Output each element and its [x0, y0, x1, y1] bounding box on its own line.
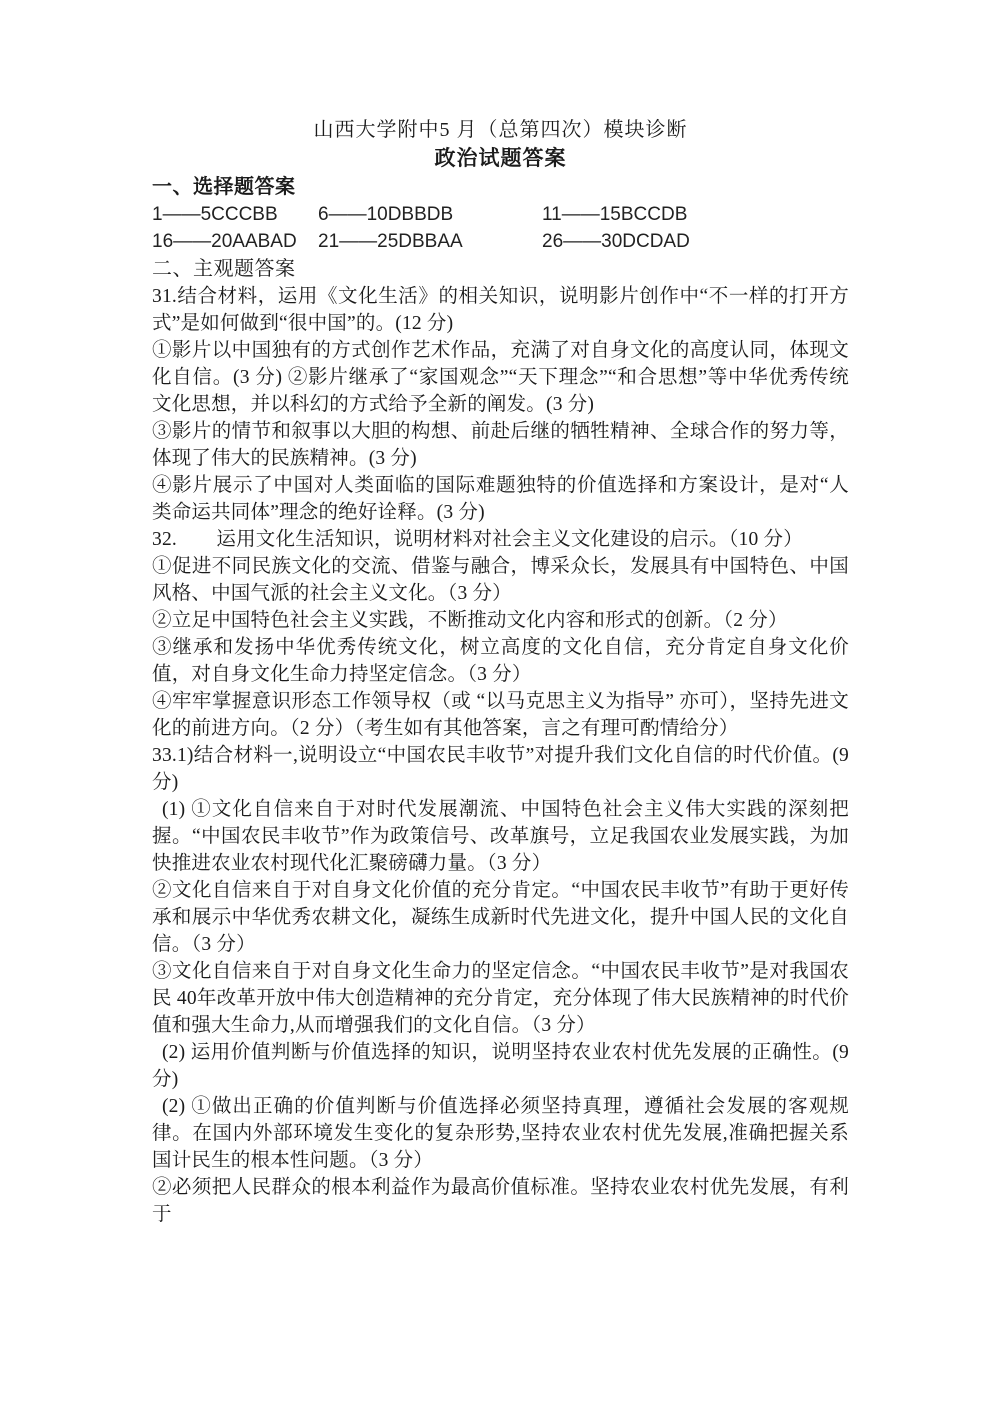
choice-answers-6-10: 6——10DBBDB — [318, 201, 542, 228]
choice-answers-21-25: 21——25DBBAA — [318, 228, 542, 255]
q32-answer-point-3: ③继承和发扬中华优秀传统文化，树立高度的文化自信，充分肯定自身文化价值，对自身文… — [152, 634, 849, 688]
q31-answer-point-4: ④影片展示了中国对人类面临的国际难题独特的价值选择和方案设计，是对“人类命运共同… — [152, 472, 849, 526]
page-content: 山西大学附中5 月（总第四次）模块诊断 政治试题答案 一、选择题答案 1——5C… — [152, 116, 849, 1228]
choice-answers-16-20: 16——20AABAD — [152, 228, 318, 255]
subjective-section-heading: 二、主观题答案 — [152, 255, 849, 283]
q32-question: 32. 运用文化生活知识，说明材料对社会主义文化建设的启示。（10 分） — [152, 526, 849, 553]
choice-answers-row: 1——5CCCBB 6——10DBBDB 11——15BCCDB — [152, 201, 849, 228]
choice-answers-row: 16——20AABAD 21——25DBBAA 26——30DCDAD — [152, 228, 849, 255]
choice-answers-26-30: 26——30DCDAD — [542, 228, 849, 255]
q32-answer-point-4: ④牢牢掌握意识形态工作领导权（或 “以马克思主义为指导” 亦可），坚持先进文化的… — [152, 688, 849, 742]
choice-section-heading: 一、选择题答案 — [152, 173, 849, 201]
document-subtitle: 政治试题答案 — [152, 144, 849, 173]
q32-answer-point-1: ①促进不同民族文化的交流、借鉴与融合，博采众长，发展具有中国特色、中国风格、中国… — [152, 553, 849, 607]
q33-part1-question: 33.1)结合材料一,说明设立“中国农民丰收节”对提升我们文化自信的时代价值。(… — [152, 742, 849, 796]
q31-answer-point-1-2: ①影片以中国独有的方式创作艺术作品，充满了对自身文化的高度认同，体现文化自信。(… — [152, 337, 849, 418]
q33-part2-answer-point-2: ②必须把人民群众的根本利益作为最高价值标准。坚持农业农村优先发展，有利于 — [152, 1174, 849, 1228]
q31-answer-point-3: ③影片的情节和叙事以大胆的构想、前赴后继的牺牲精神、全球合作的努力等，体现了伟大… — [152, 418, 849, 472]
q33-part1-answer-point-1: (1) ①文化自信来自于对时代发展潮流、中国特色社会主义伟大实践的深刻把握。“中… — [152, 796, 849, 877]
q33-part2-answer-point-1: (2) ①做出正确的价值判断与价值选择必须坚持真理，遵循社会发展的客观规律。在国… — [152, 1093, 849, 1174]
document-title: 山西大学附中5 月（总第四次）模块诊断 — [152, 116, 849, 144]
q33-part2-question: (2) 运用价值判断与价值选择的知识，说明坚持农业农村优先发展的正确性。(9 分… — [152, 1039, 849, 1093]
choice-answers-11-15: 11——15BCCDB — [542, 201, 849, 228]
q31-question: 31.结合材料，运用《文化生活》的相关知识，说明影片创作中“不一样的打开方式”是… — [152, 283, 849, 337]
choice-answers-1-5: 1——5CCCBB — [152, 201, 318, 228]
q32-answer-point-2: ②立足中国特色社会主义实践，不断推动文化内容和形式的创新。（2 分） — [152, 607, 849, 634]
q33-part1-answer-point-2: ②文化自信来自于对自身文化价值的充分肯定。“中国农民丰收节”有助于更好传承和展示… — [152, 877, 849, 958]
exam-answer-sheet-page: 山西大学附中5 月（总第四次）模块诊断 政治试题答案 一、选择题答案 1——5C… — [0, 0, 1000, 1414]
q33-part1-answer-point-3: ③文化自信来自于对自身文化生命力的坚定信念。“中国农民丰收节”是对我国农民 40… — [152, 958, 849, 1039]
